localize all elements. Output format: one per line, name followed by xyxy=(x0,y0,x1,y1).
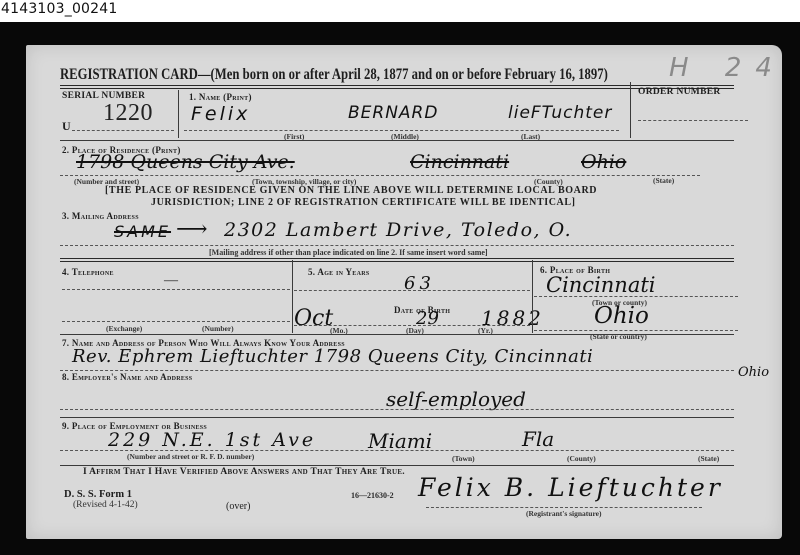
print-code: 16—21630-2 xyxy=(351,491,394,500)
contact-person-value: Rev. Ephrem Lieftuchter 1798 Queens City… xyxy=(72,346,593,367)
employer-line xyxy=(60,409,734,410)
card-title: REGISTRATION CARD—(Men born on or after … xyxy=(60,66,608,84)
name-label: 1. Name (Print) xyxy=(189,92,252,102)
image-id: 4143103_00241 xyxy=(1,1,118,17)
residence-street: 1798 Queens City Ave. xyxy=(76,151,295,173)
signature-line xyxy=(426,507,702,508)
pencil-annotation: H 24 xyxy=(669,53,786,83)
birth-state: Ohio xyxy=(594,303,649,329)
employment-town-caption: (Town) xyxy=(452,454,475,463)
residence-city: Cincinnati xyxy=(410,151,509,173)
row1-rule xyxy=(60,140,734,141)
serial-prefix: U xyxy=(62,119,71,134)
mailing-struck-same: SAME xyxy=(114,222,171,241)
mailing-address-label: 3. Mailing Address xyxy=(62,211,139,221)
row8-rule xyxy=(60,417,734,418)
age-divider xyxy=(532,260,533,333)
form-revised: (Revised 4-1-42) xyxy=(73,500,138,510)
birth-month: Oct xyxy=(294,306,333,331)
contact-person-overflow: Ohio xyxy=(738,365,769,380)
residence-notice-line1: [THE PLACE OF RESIDENCE GIVEN ON THE LIN… xyxy=(105,185,597,196)
employment-street: 229 N.E. 1st Ave xyxy=(108,429,316,451)
telephone-line1 xyxy=(62,289,290,290)
mailing-line xyxy=(60,245,734,246)
employment-state-caption: (State) xyxy=(698,454,719,463)
employment-county-caption: (County) xyxy=(567,454,596,463)
order-number-line xyxy=(638,120,748,121)
order-number-label: ORDER NUMBER xyxy=(638,87,721,97)
registration-card: REGISTRATION CARD—(Men born on or after … xyxy=(26,45,782,539)
mailing-caption: [Mailing address if other than place ind… xyxy=(209,248,488,257)
serial-number-value: 1220 xyxy=(103,100,153,127)
number-caption: (Number) xyxy=(202,324,234,333)
birth-state-line xyxy=(534,330,738,331)
affirmation-text: I Affirm That I Have Verified Above Answ… xyxy=(83,467,405,477)
row3-rule xyxy=(60,258,734,262)
contact-line xyxy=(60,370,734,371)
telephone-label: 4. Telephone xyxy=(62,267,114,277)
title-rule xyxy=(60,85,734,89)
birth-town: Cincinnati xyxy=(546,273,656,297)
arrow-icon: ⟶ xyxy=(176,217,208,242)
telephone-value: — xyxy=(164,273,178,289)
telephone-divider xyxy=(292,260,293,333)
employer-value: self-employed xyxy=(386,387,526,411)
residence-state: Ohio xyxy=(581,151,626,173)
over-note: (over) xyxy=(226,501,250,512)
employment-street-caption: (Number and street or R. F. D. number) xyxy=(127,452,254,461)
image-id-bar: 4143103_00241 xyxy=(0,0,800,22)
employment-line xyxy=(60,450,734,451)
signature-caption: (Registrant's signature) xyxy=(526,509,601,518)
residence-state-caption: (State) xyxy=(653,176,674,185)
employer-label: 8. Employer's Name and Address xyxy=(62,372,192,382)
serial-divider xyxy=(178,90,179,138)
age-line xyxy=(294,290,530,291)
mailing-address-value: 2302 Lambert Drive, Toledo, O. xyxy=(224,219,572,241)
name-middle: BERNARD xyxy=(348,103,438,123)
name-line xyxy=(184,130,619,131)
birth-town-line xyxy=(534,296,738,297)
serial-line xyxy=(72,130,174,131)
residence-notice-line2: JURISDICTION; LINE 2 OF REGISTRATION CER… xyxy=(151,197,576,208)
order-divider xyxy=(630,82,631,138)
residence-line xyxy=(60,175,700,176)
registrant-signature: Felix B. Lieftuchter xyxy=(418,473,723,502)
exchange-caption: (Exchange) xyxy=(106,324,142,333)
name-first: Felix xyxy=(191,103,250,125)
employment-state: Fla xyxy=(522,427,554,451)
form-name: D. S. S. Form 1 xyxy=(64,489,132,500)
row9-rule xyxy=(60,465,734,466)
row4-rule xyxy=(60,334,734,335)
name-last: lieFTuchter xyxy=(508,103,612,123)
telephone-line2 xyxy=(62,321,290,322)
age-label: 5. Age in Years xyxy=(308,267,370,277)
